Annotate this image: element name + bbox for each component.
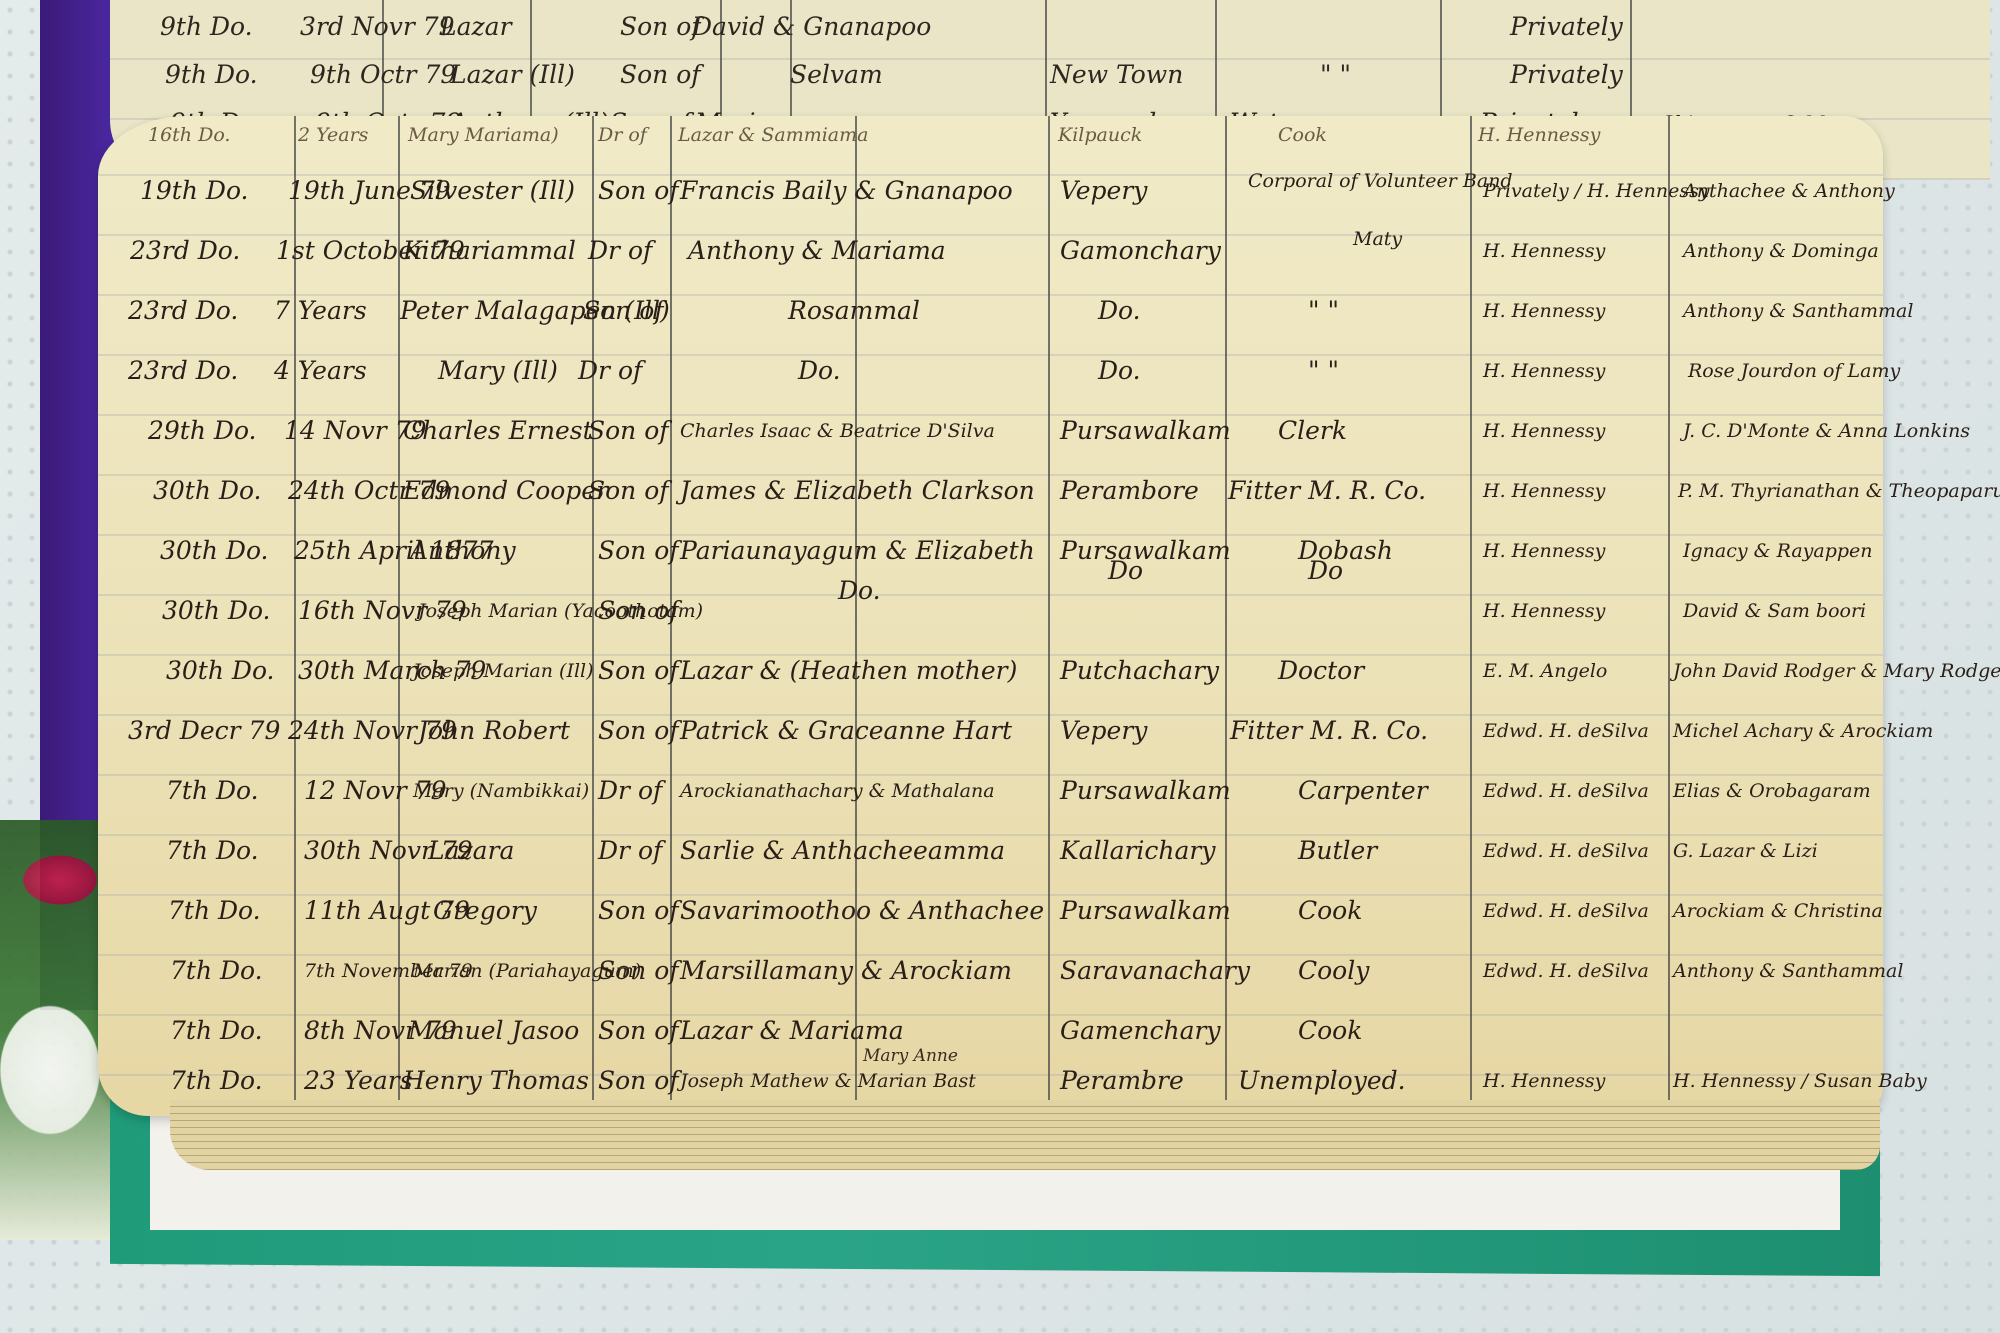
baptism-date: 30th Do. — [160, 536, 269, 566]
relation: Son of — [583, 296, 664, 326]
profession: Carpenter — [1298, 776, 1428, 806]
baptism-date: 7th Do. — [166, 776, 259, 806]
abode: Gamenchary — [1060, 1016, 1221, 1046]
parents: Do. — [838, 576, 881, 606]
child-name: John Robert — [418, 716, 570, 746]
sponsors: Rose Jourdon of Lamy — [1688, 356, 1900, 386]
abode: Perambre — [1060, 1066, 1184, 1096]
parents: Francis Baily & Gnanapoo — [680, 176, 1013, 206]
birth-date: 3rd Novr 79 — [300, 12, 455, 42]
abode: Kallarichary — [1060, 836, 1216, 866]
relation: Son of — [598, 596, 679, 626]
abode: Do — [1108, 556, 1143, 586]
profession: Cook — [1298, 896, 1362, 926]
baptized-by: Edwd. H. deSilva — [1483, 836, 1649, 866]
relation: Son of — [588, 476, 669, 506]
relation: Son of — [598, 896, 679, 926]
baptism-date: 7th Do. — [170, 1066, 263, 1096]
baptized-by: H. Hennessy — [1483, 476, 1605, 506]
baptism-date: 30th Do. — [166, 656, 275, 686]
baptism-date: 30th Do. — [153, 476, 262, 506]
baptized-by: Edwd. H. deSilva — [1483, 896, 1649, 926]
baptized-by: H. Hennessy — [1483, 596, 1605, 626]
relation: Son of — [598, 1066, 679, 1096]
baptism-date: 7th Do. — [168, 896, 261, 926]
birth-date: 7 Years — [274, 296, 367, 326]
child-name: Mary (Nambikkai) — [413, 776, 589, 806]
child-name: Gregory — [433, 896, 537, 926]
child-name: Anthony — [410, 536, 516, 566]
profession: Cook — [1278, 120, 1327, 150]
abode: Vepery — [1060, 716, 1147, 746]
register-row: 23rd Do. 7 Years Peter Malagapen (Ill) S… — [98, 296, 1883, 356]
profession: " " — [1320, 60, 1351, 90]
sponsors: Anthony & Santhammal — [1683, 296, 1913, 326]
register-row: 23rd Do. 1st October 79 Kithariammal Dr … — [98, 236, 1883, 296]
register-row: 29th Do. 14 Novr 79 Charles Ernest Son o… — [98, 416, 1883, 476]
register-front-page: 16th Do. 2 Years Mary Mariama) Dr of Laz… — [98, 116, 1883, 1116]
sponsors: G. Lazar & Lizi — [1673, 836, 1818, 866]
parents: Lazar & Sammiama — [678, 120, 868, 150]
child-name: Lazar (Ill) — [450, 60, 575, 90]
abode: Do. — [1098, 296, 1141, 326]
baptism-date: 7th Do. — [170, 1016, 263, 1046]
profession: " " — [1308, 296, 1339, 326]
profession: Maty — [1353, 224, 1402, 254]
child-name: Lazara — [428, 836, 514, 866]
profession: Clerk — [1278, 416, 1347, 446]
baptism-date: 23rd Do. — [128, 356, 238, 386]
register-row: 30th Do. 30th March 79 Joseph Marian (Il… — [98, 656, 1883, 716]
sponsors: David & Sam boori — [1683, 596, 1866, 626]
baptism-date: 3rd Decr 79 — [128, 716, 280, 746]
profession: Cook — [1298, 1016, 1362, 1046]
parents: Savarimoothoo & Anthachee — [680, 896, 1044, 926]
baptized-by: H. Hennessy — [1483, 236, 1605, 266]
register-row: 7th Do. 30th Novr 79 Lazara Dr of Sarlie… — [98, 836, 1883, 896]
parents: Arockianathachary & Mathalana — [680, 776, 995, 806]
baptism-date: 7th Do. — [170, 956, 263, 986]
profession: " " — [1308, 356, 1339, 386]
parents: Marsillamany & Arockiam — [680, 956, 1012, 986]
parents: James & Elizabeth Clarkson — [680, 476, 1035, 506]
abode: Vepery — [1060, 176, 1147, 206]
birth-date: 9th Octr 79 — [310, 60, 456, 90]
baptized-by: H. Hennessy — [1483, 1066, 1605, 1096]
relation: Dr of — [578, 356, 642, 386]
register-row: 3rd Decr 79 24th Novr 79 John Robert Son… — [98, 716, 1883, 776]
relation: Dr of — [598, 120, 647, 150]
baptism-date: 9th Do. — [165, 60, 258, 90]
parents: Joseph Mathew & Marian Bast — [680, 1066, 976, 1096]
abode: Pursawalkam — [1060, 776, 1231, 806]
baptism-date: 16th Do. — [148, 120, 230, 150]
relation: Dr of — [588, 236, 652, 266]
baptized-by: Privately — [1510, 12, 1623, 42]
register-row: 7th Do. 7th November 79 Marian (Pariahay… — [98, 956, 1883, 1016]
birth-date: 4 Years — [274, 356, 367, 386]
abode: Pursawalkam — [1060, 536, 1231, 566]
baptized-by: Edwd. H. deSilva — [1483, 716, 1649, 746]
relation: Son of — [598, 716, 679, 746]
abode: Pursawalkam — [1060, 416, 1231, 446]
relation: Dr of — [598, 836, 662, 866]
baptized-by: Privately / H. Hennessy — [1483, 176, 1710, 206]
baptized-by: H. Hennessy — [1483, 296, 1605, 326]
profession: Butler — [1298, 836, 1377, 866]
parents: Charles Isaac & Beatrice D'Silva — [680, 416, 995, 446]
parents: Sarlie & Anthacheeamma — [680, 836, 1005, 866]
child-name: Kithariammal — [403, 236, 576, 266]
sponsors: Arockiam & Christina — [1673, 896, 1883, 926]
abode: Gamonchary — [1060, 236, 1221, 266]
relation: Son of — [588, 416, 669, 446]
child-name: Lazar — [440, 12, 512, 42]
baptized-by: H. Hennessy — [1483, 416, 1605, 446]
register-row: 30th Do. 16th Novr 79 Joseph Marian (Yac… — [98, 596, 1883, 656]
baptized-by: Edwd. H. deSilva — [1483, 776, 1649, 806]
child-name: Henry Thomas — [403, 1066, 589, 1096]
child-name: Mary Mariama) — [408, 120, 559, 150]
baptism-date: 9th Do. — [160, 12, 253, 42]
abode: Perambore — [1060, 476, 1199, 506]
register-row: 30th Do. 25th April 1877 Anthony Son of … — [98, 536, 1883, 596]
sponsors: Michel Achary & Arockiam — [1673, 716, 1933, 746]
abode: Pursawalkam — [1060, 896, 1231, 926]
abode: Kilpauck — [1058, 120, 1142, 150]
baptized-by: H. Hennessy — [1478, 120, 1600, 150]
parents: Lazar & (Heathen mother) — [680, 656, 1017, 686]
birth-date: 2 Years — [298, 120, 368, 150]
parents: Selvam — [790, 60, 883, 90]
register-row: 30th Do. 24th Octr 79 Edmond Cooper Son … — [98, 476, 1883, 536]
relation: Son of — [598, 536, 679, 566]
parents: Rosammal — [788, 296, 920, 326]
sponsors: J. C. D'Monte & Anna Lonkins — [1683, 416, 1970, 446]
birth-date: 23 Years — [304, 1066, 413, 1096]
child-name: Charles Ernest — [403, 416, 593, 446]
parents: Anthony & Mariama — [688, 236, 946, 266]
baptism-date: 7th Do. — [166, 836, 259, 866]
sponsors: H. Hennessy / Susan Baby — [1673, 1066, 1927, 1096]
profession: Fitter M. R. Co. — [1228, 476, 1426, 506]
baptized-by: H. Hennessy — [1483, 536, 1605, 566]
relation: Son of — [598, 656, 679, 686]
baptized-by: H. Hennessy — [1483, 356, 1605, 386]
baptized-by: E. M. Angelo — [1483, 656, 1607, 686]
page-edges-stack — [170, 1100, 1880, 1170]
sponsors: Elias & Orobagaram — [1673, 776, 1871, 806]
parents: Pariaunayagum & Elizabeth — [680, 536, 1035, 566]
parents: David & Gnanapoo — [692, 12, 931, 42]
child-name: Manuel Jasoo — [408, 1016, 579, 1046]
relation: Son of — [620, 12, 701, 42]
relation: Son of — [598, 176, 679, 206]
register-row: 7th Do. 11th Augt 79 Gregory Son of Sava… — [98, 896, 1883, 956]
baptism-date: 19th Do. — [140, 176, 249, 206]
parents: Do. — [798, 356, 841, 386]
baptized-by: Privately — [1510, 60, 1623, 90]
sponsors: Ignacy & Rayappen — [1683, 536, 1873, 566]
parents-correction: Mary Anne — [863, 1046, 958, 1066]
profession: Fitter M. R. Co. — [1230, 716, 1428, 746]
baptism-date: 23rd Do. — [128, 296, 238, 326]
register-row: 7th Do. 12 Novr 79 Mary (Nambikkai) Dr o… — [98, 776, 1883, 836]
relation: Son of — [598, 1016, 679, 1046]
sponsors: John David Rodger & Mary Rodger — [1673, 656, 2000, 686]
register-row: 19th Do. 19th June 79 Silvester (Ill) So… — [98, 176, 1883, 236]
profession: Do — [1308, 556, 1343, 586]
child-name: Silvester (Ill) — [410, 176, 575, 206]
baptism-date: 23rd Do. — [130, 236, 240, 266]
relation: Son of — [620, 60, 701, 90]
sponsors: Anthony & Dominga — [1683, 236, 1879, 266]
baptized-by: Edwd. H. deSilva — [1483, 956, 1649, 986]
sponsors: P. M. Thyrianathan & Theopaparu — [1678, 476, 2000, 506]
abode: Putchachary — [1060, 656, 1219, 686]
parents: Patrick & Graceanne Hart — [680, 716, 1012, 746]
register-row: 23rd Do. 4 Years Mary (Ill) Dr of Do. Do… — [98, 356, 1883, 416]
baptism-date: 30th Do. — [162, 596, 271, 626]
profession: Corporal of Volunteer Band — [1248, 166, 1513, 196]
sponsors: Anthony & Santhammal — [1673, 956, 1903, 986]
baptism-date: 29th Do. — [148, 416, 257, 446]
relation: Son of — [598, 956, 679, 986]
profession: Unemployed. — [1238, 1066, 1406, 1096]
child-name: Mary (Ill) — [438, 356, 558, 386]
child-name: Joseph Marian (Ill) — [413, 656, 594, 686]
abode: Do. — [1098, 356, 1141, 386]
profession: Cooly — [1298, 956, 1369, 986]
abode: New Town — [1050, 60, 1183, 90]
parents: Lazar & Mariama — [680, 1016, 904, 1046]
sponsors: Anthachee & Anthony — [1683, 176, 1895, 206]
register-row-partial: 16th Do. 2 Years Mary Mariama) Dr of Laz… — [98, 120, 1883, 180]
child-name: Edmond Cooper — [403, 476, 608, 506]
profession: Doctor — [1278, 656, 1364, 686]
abode: Saravanachary — [1060, 956, 1250, 986]
relation: Dr of — [598, 776, 662, 806]
